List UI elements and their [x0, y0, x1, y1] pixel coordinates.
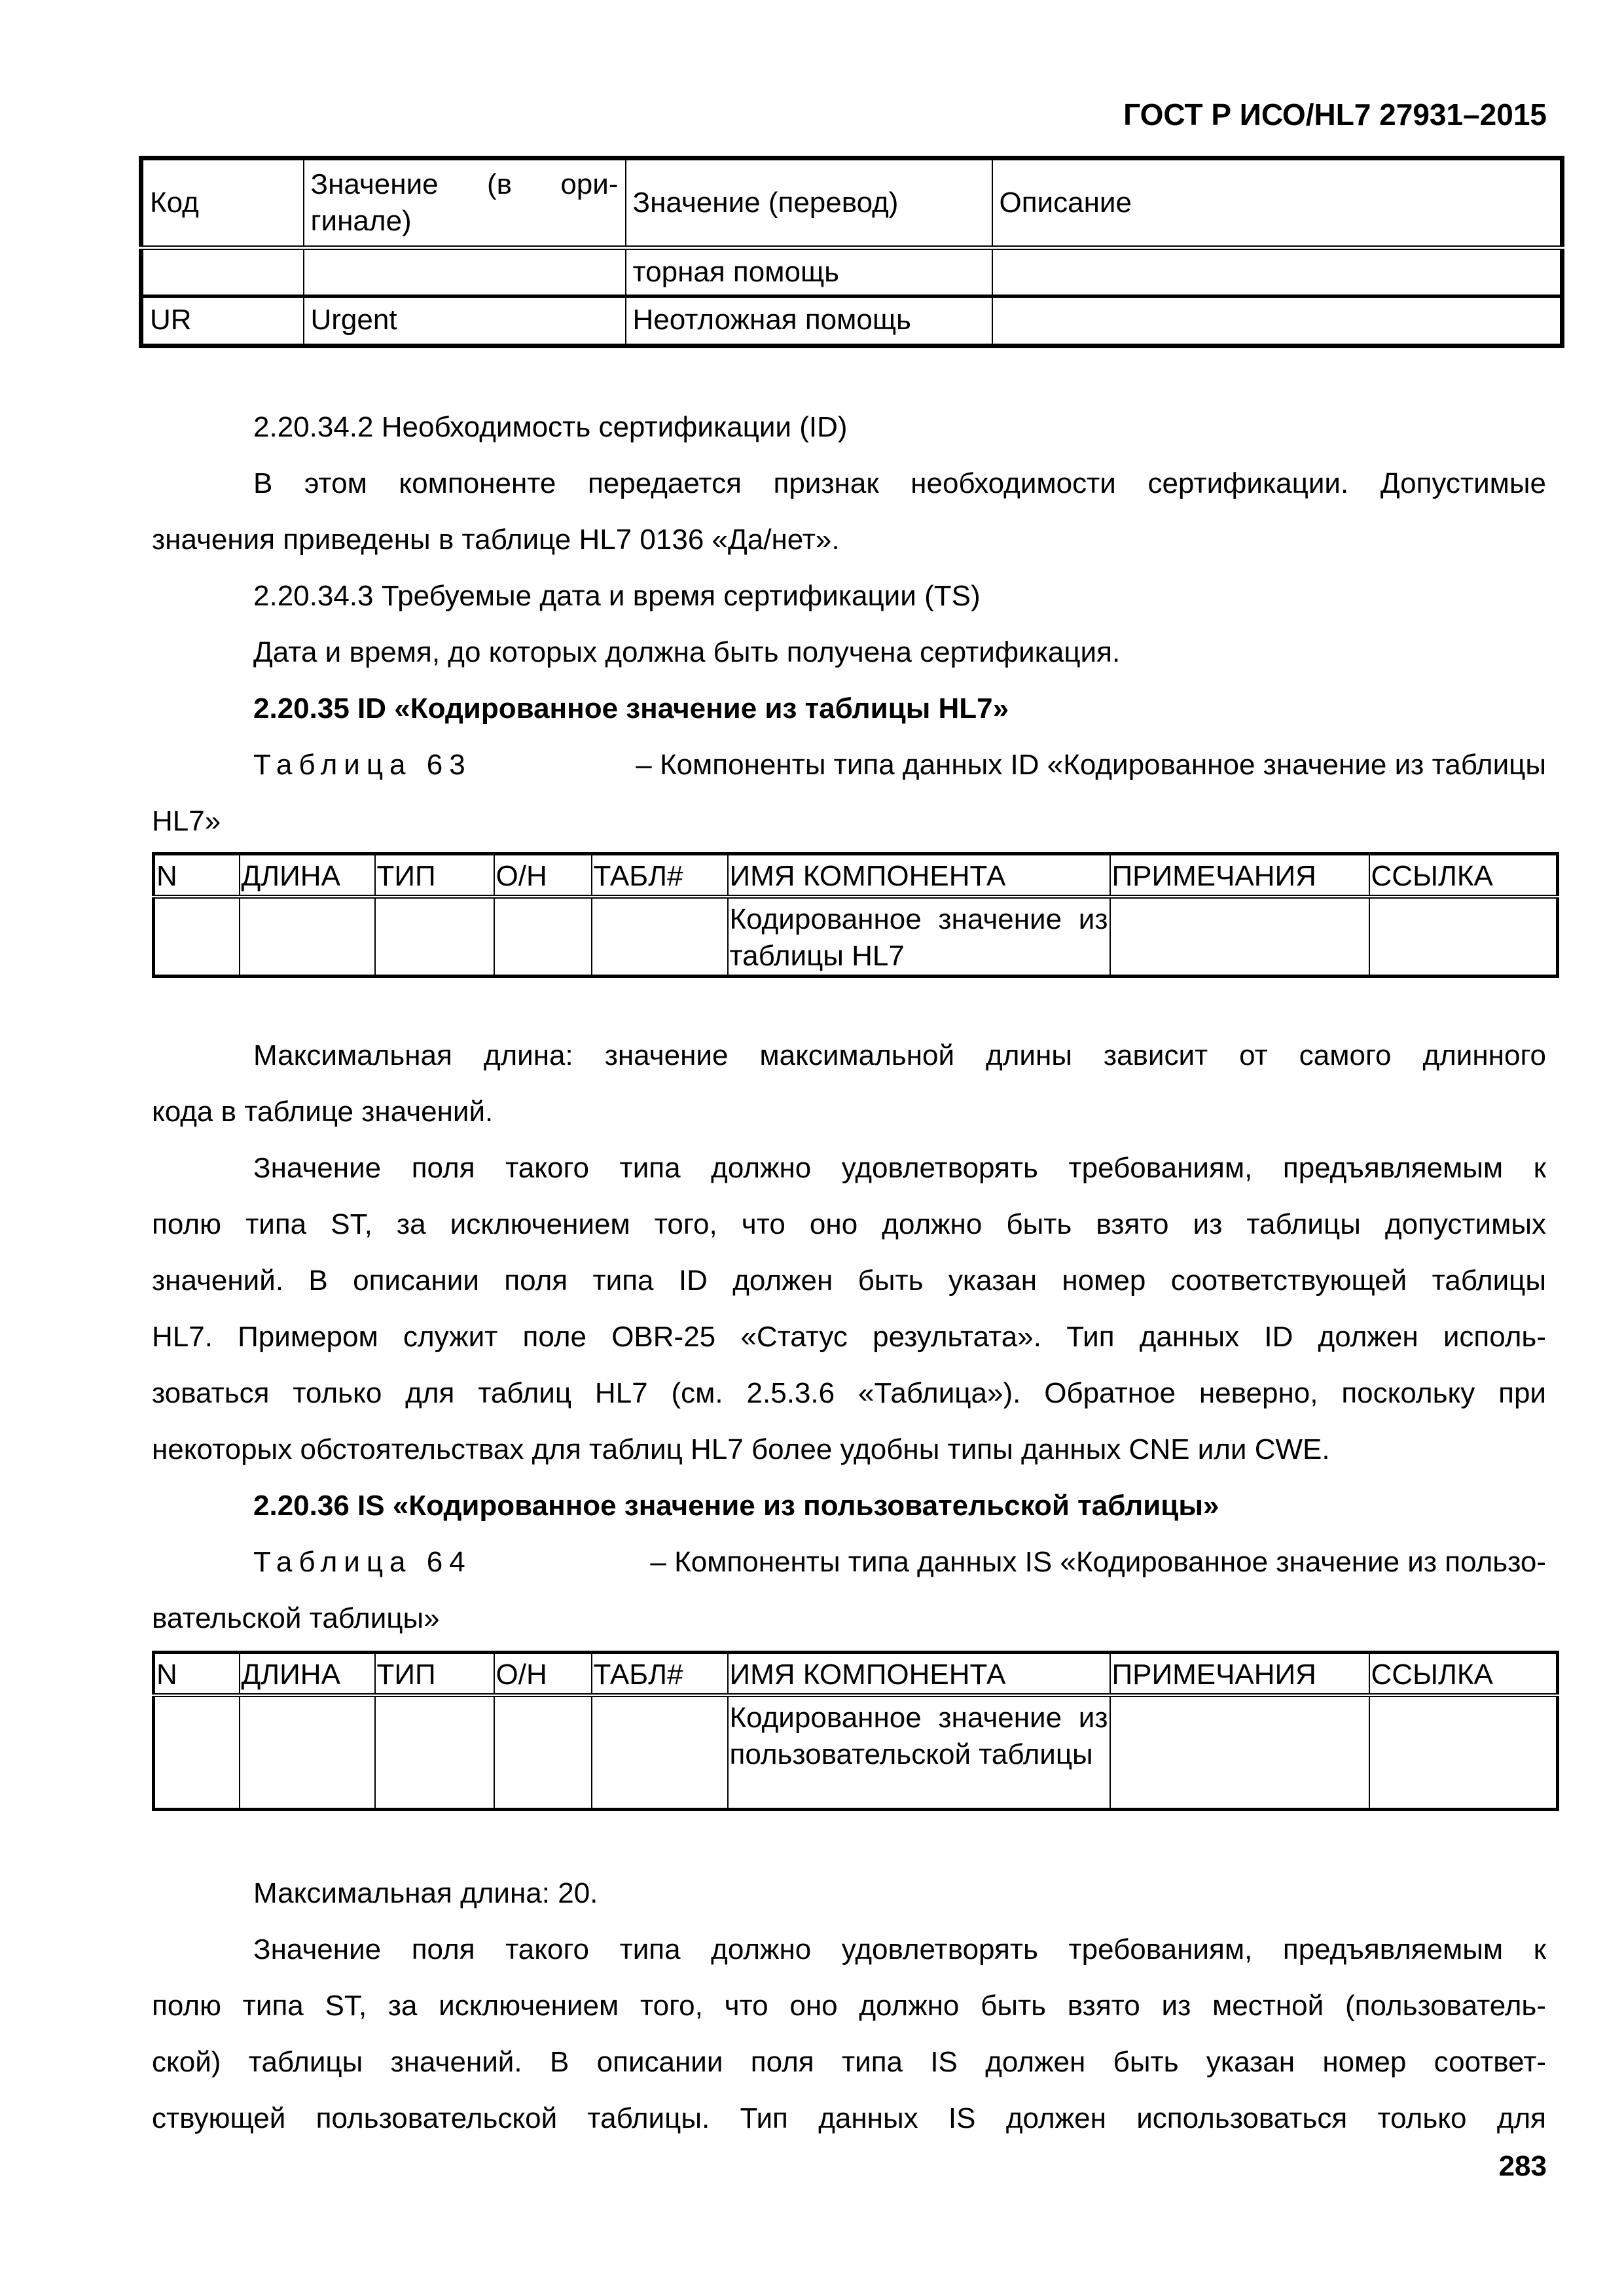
column-header-table: ТАБЛ# — [592, 854, 728, 897]
column-header-description: Описание — [992, 158, 1562, 248]
paragraph-certification-datetime: Дата и время, до которых должна быть пол… — [253, 624, 1546, 681]
cell-code: UR — [141, 296, 304, 346]
cell-code — [141, 248, 304, 296]
table-header-row: N ДЛИНА ТИП О/Н ТАБЛ# ИМЯ КОМПОНЕНТА ПРИ… — [154, 1653, 1558, 1696]
column-header-type: ТИП — [375, 854, 494, 897]
column-header-component-name: ИМЯ КОМПОНЕНТА — [728, 854, 1110, 897]
cell-notes — [1110, 897, 1369, 977]
cell-component-name: Кодированное значение из таблицы HL7 — [728, 897, 1110, 977]
cell-translation: Неотложная помощь — [626, 296, 992, 346]
section-heading-2-20-34-3: 2.20.34.3 Требуемые дата и время сертифи… — [253, 568, 1546, 624]
table-header-row: Код Значение (в ори- гинале) Значение (п… — [141, 158, 1562, 248]
column-header-reference: ССЫЛКА — [1369, 1653, 1558, 1696]
table-63-caption: Таблица 63 – Компоненты типа данных ID «… — [152, 737, 1546, 850]
cell-translation: торная помощь — [626, 248, 992, 296]
column-header-on: О/Н — [494, 1653, 592, 1696]
column-header-reference: ССЫЛКА — [1369, 854, 1558, 897]
page-number: 283 — [1499, 2150, 1547, 2183]
column-header-notes: ПРИМЕЧАНИЯ — [1110, 854, 1369, 897]
column-header-translation: Значение (перевод) — [626, 158, 992, 248]
column-header-type: ТИП — [375, 1653, 494, 1696]
section-heading-2-20-35: 2.20.35 ID «Кодированное значение из таб… — [253, 681, 1546, 737]
section-heading-2-20-36: 2.20.36 IS «Кодированное значение из пол… — [253, 1478, 1546, 1534]
caption-label: Таблица 63 — [253, 737, 472, 793]
column-header-table: ТАБЛ# — [592, 1653, 728, 1696]
cell-reference — [1369, 1695, 1558, 1809]
caption-label: Таблица 64 — [253, 1534, 472, 1590]
cell-notes — [1110, 1695, 1369, 1809]
table-64-is-components: N ДЛИНА ТИП О/Н ТАБЛ# ИМЯ КОМПОНЕНТА ПРИ… — [152, 1651, 1559, 1811]
column-header-code: Код — [141, 158, 304, 248]
table-row: Кодированное значение из пользовательско… — [154, 1695, 1558, 1809]
cell-length — [240, 1695, 375, 1809]
cell-component-name: Кодированное значение из пользовательско… — [728, 1695, 1110, 1809]
column-header-length: ДЛИНА — [240, 854, 375, 897]
cell-type — [375, 1695, 494, 1809]
table-63-id-components: N ДЛИНА ТИП О/Н ТАБЛ# ИМЯ КОМПОНЕНТА ПРИ… — [152, 852, 1559, 978]
cell-length — [240, 897, 375, 977]
cell-original: Urgent — [304, 296, 626, 346]
cell-description — [992, 248, 1562, 296]
cell-type — [375, 897, 494, 977]
cell-n — [154, 1695, 240, 1809]
column-header-length: ДЛИНА — [240, 1653, 375, 1696]
column-header-component-name: ИМЯ КОМПОНЕНТА — [728, 1653, 1110, 1696]
codes-table-continued: Код Значение (в ори- гинале) Значение (п… — [139, 156, 1564, 348]
column-header-n: N — [154, 1653, 240, 1696]
column-header-notes: ПРИМЕЧАНИЯ — [1110, 1653, 1369, 1696]
paragraph-is-description: Значение поля такого типа должно удовлет… — [152, 1922, 1546, 2147]
column-header-n: N — [154, 854, 240, 897]
table-64-caption: Таблица 64 – Компоненты типа данных IS «… — [152, 1534, 1546, 1647]
paragraph-certification-need: В этом компоненте передается признак нео… — [152, 456, 1546, 568]
section-heading-2-20-34-2: 2.20.34.2 Необходимость сертификации (ID… — [253, 399, 1546, 456]
cell-table — [592, 1695, 728, 1809]
column-header-on: О/Н — [494, 854, 592, 897]
table-header-row: N ДЛИНА ТИП О/Н ТАБЛ# ИМЯ КОМПОНЕНТА ПРИ… — [154, 854, 1558, 897]
paragraph-max-length-is: Максимальная длина: 20. — [253, 1865, 1546, 1922]
document-standard-header: ГОСТ Р ИСО/HL7 27931–2015 — [1123, 97, 1547, 132]
cell-on — [494, 1695, 592, 1809]
table-row: Кодированное значение из таблицы HL7 — [154, 897, 1558, 977]
paragraph-max-length-id: Максимальная длина: значение максимально… — [152, 1028, 1546, 1140]
cell-original — [304, 248, 626, 296]
column-header-original: Значение (в ори- гинале) — [304, 158, 626, 248]
cell-n — [154, 897, 240, 977]
cell-on — [494, 897, 592, 977]
cell-reference — [1369, 897, 1558, 977]
table-row: UR Urgent Неотложная помощь — [141, 296, 1562, 346]
cell-table — [592, 897, 728, 977]
cell-description — [992, 296, 1562, 346]
paragraph-id-description: Значение поля такого типа должно удовлет… — [152, 1140, 1546, 1478]
table-row: торная помощь — [141, 248, 1562, 296]
